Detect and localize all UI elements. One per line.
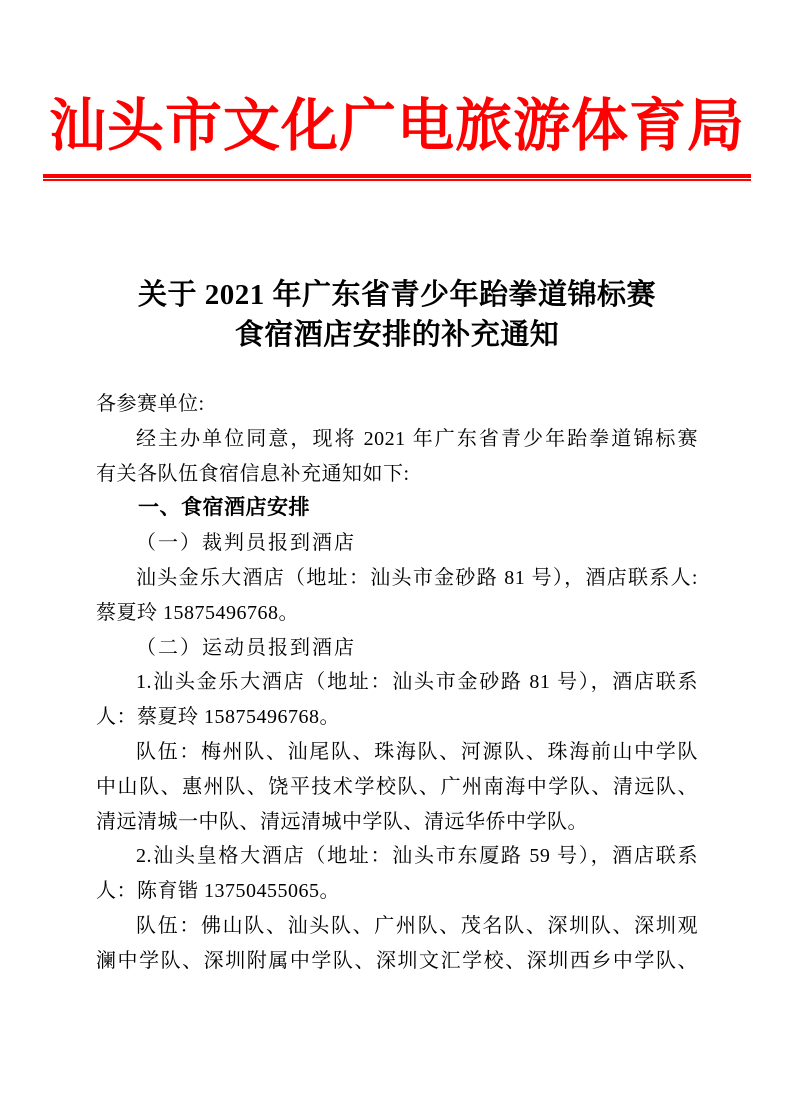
section-heading: 一、食宿酒店安排: [96, 491, 698, 526]
sub-heading: （二）运动员报到酒店: [96, 631, 698, 666]
body-line: 清远清城一中队、清远清城中学队、清远华侨中学队。: [96, 805, 698, 840]
letterhead-rule: [43, 174, 751, 181]
body-line: 中山队、惠州队、饶平技术学校队、广州南海中学队、清远队、: [96, 770, 698, 805]
body-line: 经主办单位同意，现将 2021 年广东省青少年跆拳道锦标赛: [96, 422, 698, 457]
body-line: 队伍：梅州队、汕尾队、珠海队、河源队、珠海前山中学队: [96, 735, 698, 770]
document-title: 关于 2021 年广东省青少年跆拳道锦标赛 食宿酒店安排的补充通知: [0, 275, 794, 355]
body-line: 澜中学队、深圳附属中学队、深圳文汇学校、深圳西乡中学队、: [96, 944, 698, 979]
body-line: 人：蔡夏玲 15875496768。: [96, 700, 698, 735]
letterhead: 汕头市文化广电旅游体育局: [0, 92, 794, 181]
document-body: 各参赛单位:经主办单位同意，现将 2021 年广东省青少年跆拳道锦标赛有关各队伍…: [96, 387, 698, 979]
body-line: 蔡夏玲 15875496768。: [96, 596, 698, 631]
document-page: 汕头市文化广电旅游体育局 关于 2021 年广东省青少年跆拳道锦标赛 食宿酒店安…: [0, 0, 794, 1108]
agency-name: 汕头市文化广电旅游体育局: [0, 92, 794, 162]
body-line: 队伍：佛山队、汕头队、广州队、茂名队、深圳队、深圳观: [96, 909, 698, 944]
body-line: 有关各队伍食宿信息补充通知如下:: [96, 457, 698, 492]
body-line: 各参赛单位:: [96, 387, 698, 422]
body-line: 汕头金乐大酒店（地址：汕头市金砂路 81 号），酒店联系人:: [96, 561, 698, 596]
body-line: 人：陈育锴 13750455065。: [96, 874, 698, 909]
body-line: 1.汕头金乐大酒店（地址：汕头市金砂路 81 号），酒店联系: [96, 665, 698, 700]
body-line: 2.汕头皇格大酒店（地址：汕头市东厦路 59 号），酒店联系: [96, 839, 698, 874]
title-line-1: 关于 2021 年广东省青少年跆拳道锦标赛: [0, 275, 794, 315]
sub-heading: （一）裁判员报到酒店: [96, 526, 698, 561]
title-line-2: 食宿酒店安排的补充通知: [0, 315, 794, 355]
